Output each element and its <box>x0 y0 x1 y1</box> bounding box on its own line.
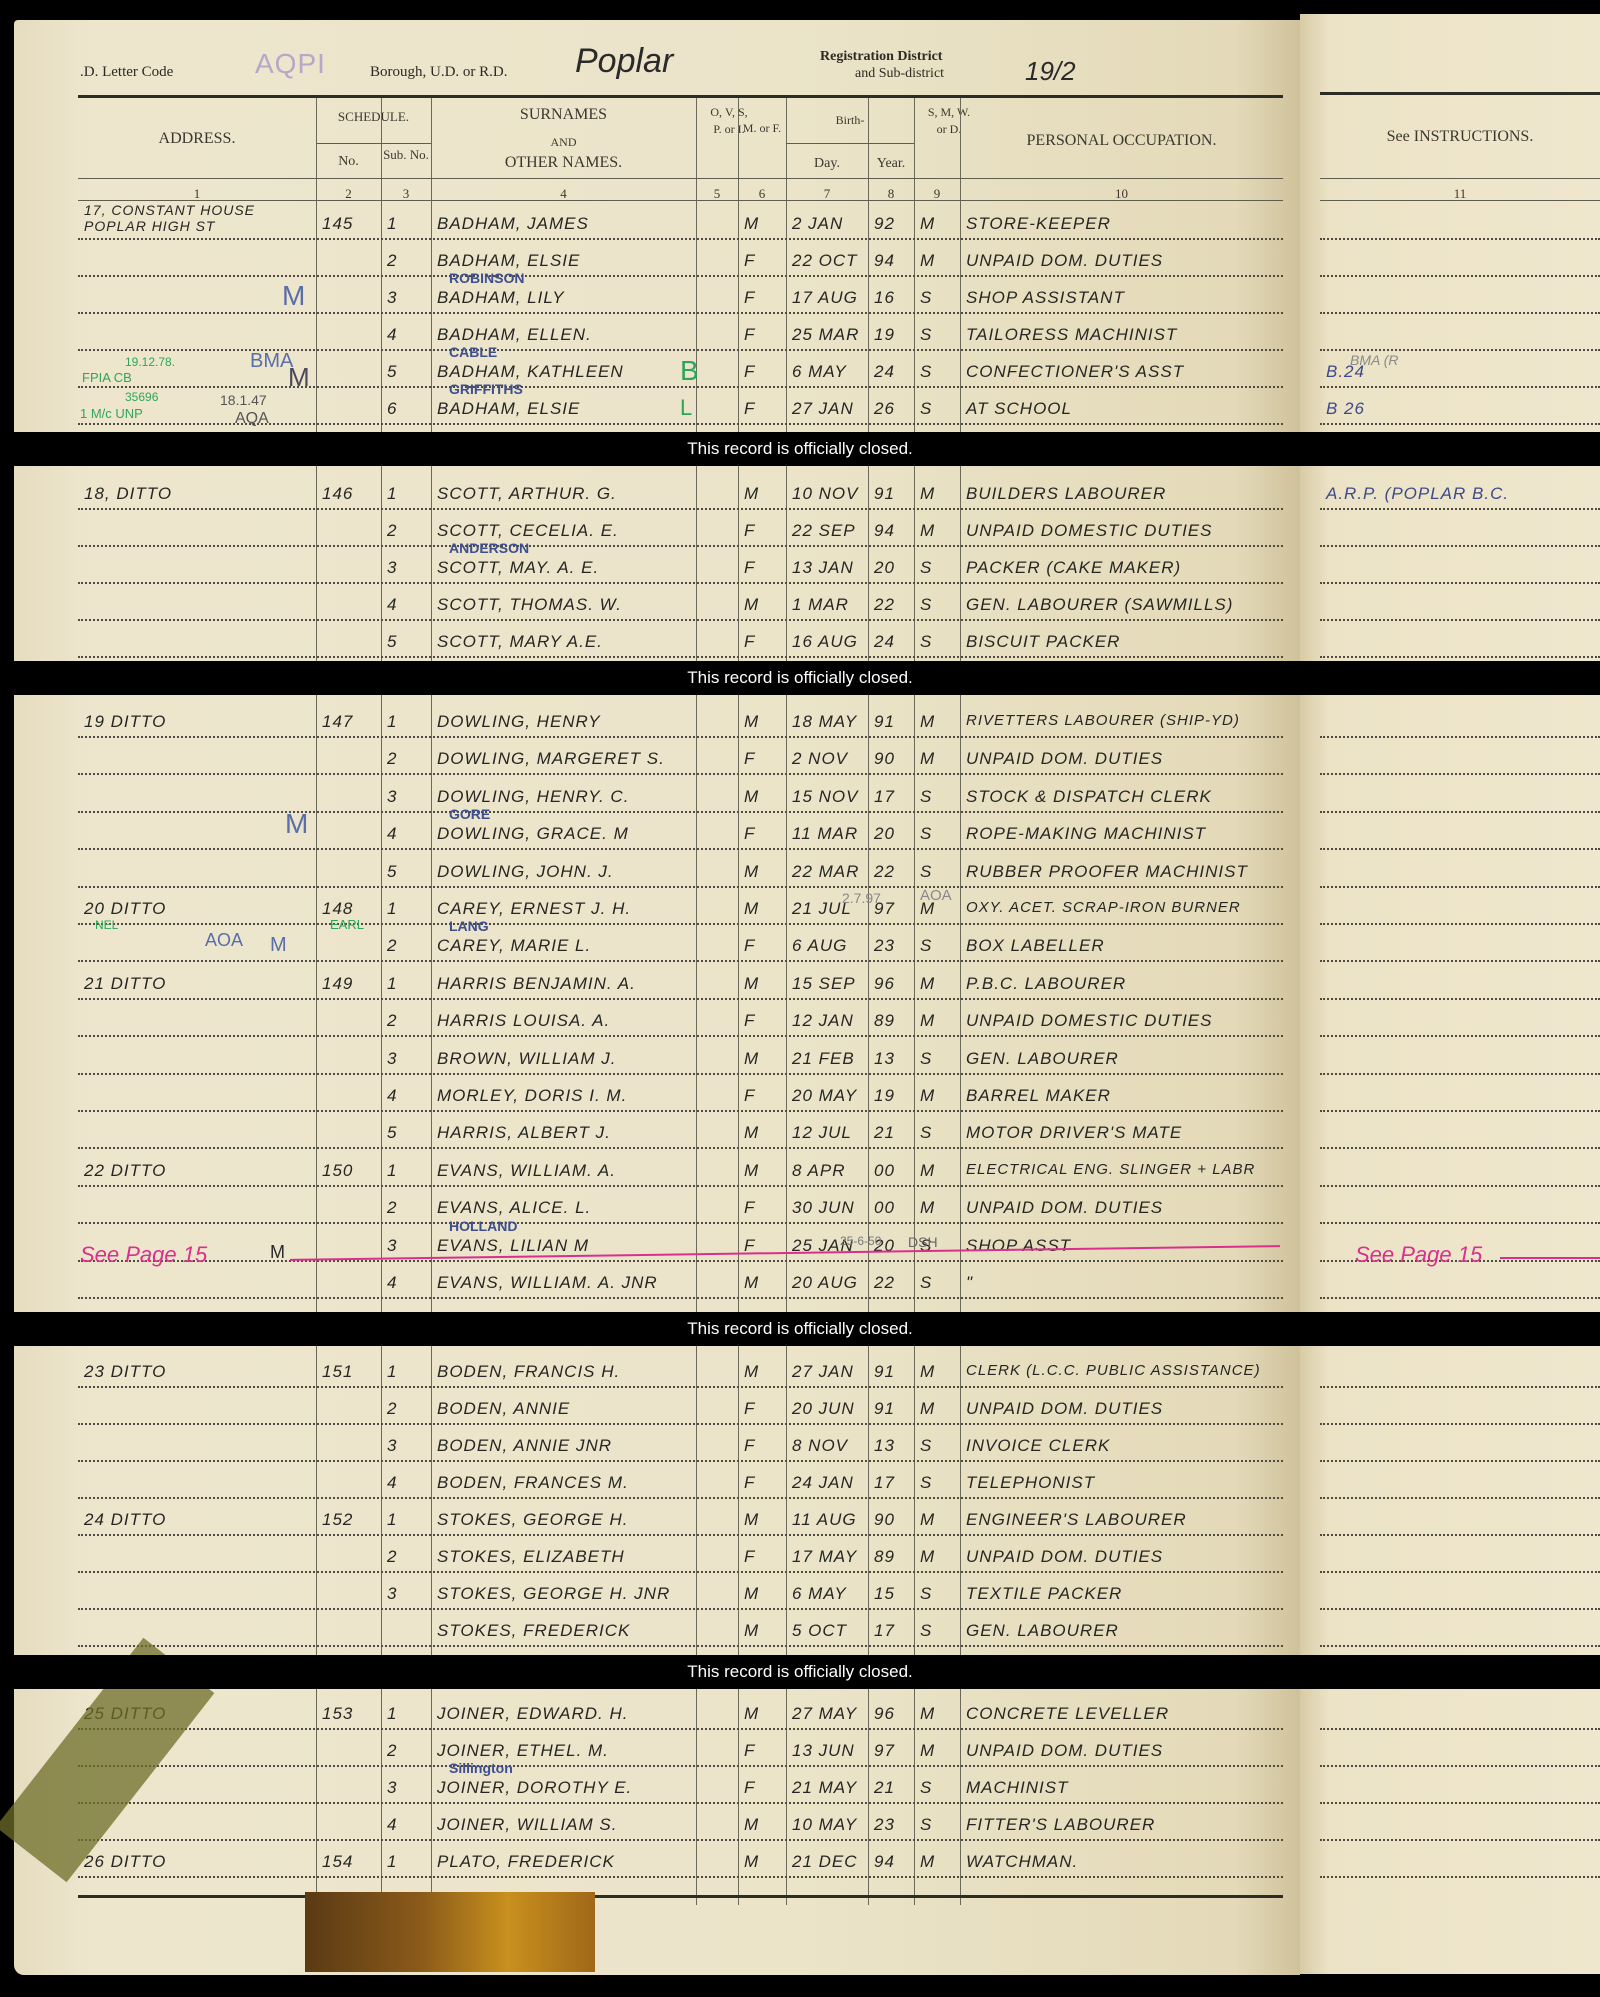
cell-year: 91 <box>874 1362 895 1382</box>
cell-year: 17 <box>874 1621 895 1641</box>
cell-sex: M <box>744 1852 759 1872</box>
cell-marital: M <box>920 1852 935 1872</box>
cell-name: EVANS, ALICE. L. <box>437 1198 591 1218</box>
cell-sub: 2 <box>387 251 397 271</box>
row-rule <box>78 848 1283 850</box>
cell-sex: F <box>744 362 755 382</box>
cell-marital: S <box>920 1436 932 1456</box>
letter-code-stamp: AQPI <box>255 48 326 80</box>
row-rule <box>1320 1386 1600 1388</box>
col-sub-no-heading: Sub. No. <box>381 146 431 163</box>
cell-year: 89 <box>874 1547 895 1567</box>
cell-marital: M <box>920 974 935 994</box>
cell-year: 22 <box>874 862 895 882</box>
row-rule <box>78 1802 1283 1804</box>
row-rule <box>1320 1297 1600 1299</box>
cell-year: 24 <box>874 632 895 652</box>
row-rule <box>78 1260 1283 1262</box>
closed-record-banner: This record is officially closed. <box>0 661 1600 695</box>
row-rule <box>1320 1423 1600 1425</box>
cell-sub: 3 <box>387 1778 397 1798</box>
col-birth-year-heading: Year. <box>868 155 914 172</box>
cell-occupation: ROPE-MAKING MACHINIST <box>966 824 1206 844</box>
cell-sub: 2 <box>387 1399 397 1419</box>
cell-year: 89 <box>874 1011 895 1031</box>
cell-schedule: 150 <box>322 1161 353 1181</box>
cell-schedule: 149 <box>322 974 353 994</box>
heading-divider <box>786 143 914 144</box>
row-rule <box>1320 508 1600 510</box>
row-rule <box>1320 619 1600 621</box>
cell-sex: F <box>744 1198 755 1218</box>
nel-annotation: NEL <box>95 918 118 932</box>
row-rule <box>78 1571 1283 1573</box>
cell-day: 21 DEC <box>792 1852 858 1872</box>
cell-sub: 1 <box>387 484 397 504</box>
cell-sub: 1 <box>387 974 397 994</box>
cell-occupation: ELECTRICAL ENG. SLINGER + LABR <box>966 1161 1255 1178</box>
cell-sub: 4 <box>387 325 397 345</box>
row-rule <box>1320 811 1600 813</box>
cell-sub: 5 <box>387 632 397 652</box>
cell-address: 21 DITTO <box>84 974 166 994</box>
cell-address: 24 DITTO <box>84 1510 166 1530</box>
l-mark: L <box>680 395 692 421</box>
cell-sub: 1 <box>387 712 397 732</box>
row-rule <box>78 886 1283 888</box>
cell-marital: M <box>920 1161 935 1181</box>
cell-year: 17 <box>874 787 895 807</box>
cell-sub: 3 <box>387 1584 397 1604</box>
cell-schedule: 146 <box>322 484 353 504</box>
cell-year: 13 <box>874 1436 895 1456</box>
cell-marital: M <box>920 484 935 504</box>
cell-day: 27 JAN <box>792 399 854 419</box>
cell-occupation: UNPAID DOM. DUTIES <box>966 749 1163 769</box>
cell-occupation: RUBBER PROOFER MACHINIST <box>966 862 1248 882</box>
cell-marital: M <box>920 1086 935 1106</box>
row-rule <box>1320 1765 1600 1767</box>
cell-sex: F <box>744 558 755 578</box>
row-rule <box>1320 1802 1600 1804</box>
heading-divider <box>1320 200 1600 201</box>
cell-sub: 6 <box>387 399 397 419</box>
cell-sex: M <box>744 1510 759 1530</box>
cell-day: 30 JUN <box>792 1198 855 1218</box>
closed-record-banner: This record is officially closed. <box>0 1312 1600 1346</box>
column-divider <box>868 98 869 1905</box>
cell-year: 24 <box>874 362 895 382</box>
cell-sub: 1 <box>387 214 397 234</box>
cell-day: 6 MAY <box>792 362 847 382</box>
cell-occupation: BARREL MAKER <box>966 1086 1111 1106</box>
column-divider <box>914 98 915 1905</box>
row-rule <box>1320 1534 1600 1536</box>
cell-day: 27 MAY <box>792 1704 857 1724</box>
cell-name: DOWLING, HENRY <box>437 712 601 732</box>
magenta-strike-line <box>1500 1257 1600 1259</box>
col-and-heading: AND <box>431 134 696 151</box>
row-rule <box>78 1110 1283 1112</box>
row-rule <box>78 545 1283 547</box>
row-rule <box>78 1423 1283 1425</box>
row-rule <box>78 1386 1283 1388</box>
column-divider <box>316 98 317 1905</box>
see-page-note: See Page 15 <box>1355 1242 1482 1268</box>
cell-sex: F <box>744 1778 755 1798</box>
cell-name: JOINER, WILLIAM S. <box>437 1815 617 1835</box>
cell-marital: S <box>920 399 932 419</box>
header-rule-right <box>1320 92 1600 95</box>
cell-marital: M <box>920 251 935 271</box>
cell-day: 27 JAN <box>792 1362 854 1382</box>
cell-marital: M <box>920 749 935 769</box>
col-birth-day-heading: Day. <box>786 155 868 172</box>
row-rule <box>1320 1571 1600 1573</box>
cell-sub: 4 <box>387 1273 397 1293</box>
cell-marital: S <box>920 558 932 578</box>
cell-occupation: SHOP ASSISTANT <box>966 288 1125 308</box>
column-divider <box>960 98 961 1905</box>
cell-name: DOWLING, JOHN. J. <box>437 862 614 882</box>
cell-name: DOWLING, HENRY. C. <box>437 787 629 807</box>
row-rule <box>1320 545 1600 547</box>
cell-sub: 2 <box>387 1741 397 1761</box>
cell-sex: M <box>744 1815 759 1835</box>
cell-marital: M <box>920 1741 935 1761</box>
cell-occupation: P.B.C. LABOURER <box>966 974 1126 994</box>
row-rule <box>78 773 1283 775</box>
cell-sub: 1 <box>387 899 397 919</box>
row-rule <box>78 656 1283 658</box>
cell-schedule: 148 <box>322 899 353 919</box>
cell-sex: M <box>744 1123 759 1143</box>
cell-sub: 3 <box>387 1236 397 1256</box>
surname-correction: Sillington <box>449 1760 513 1776</box>
cell-sub: 3 <box>387 1049 397 1069</box>
cell-marital: M <box>920 712 935 732</box>
row-rule <box>1320 1728 1600 1730</box>
cell-day: 8 NOV <box>792 1436 848 1456</box>
cell-marital: S <box>920 325 932 345</box>
cell-marital: S <box>920 824 932 844</box>
cell-day: 17 AUG <box>792 288 858 308</box>
cell-marital: M <box>920 214 935 234</box>
cell-year: 16 <box>874 288 895 308</box>
cell-address: 23 DITTO <box>84 1362 166 1382</box>
cell-year: 94 <box>874 251 895 271</box>
cell-occupation: CONFECTIONER'S ASST <box>966 362 1184 382</box>
cell-sub: 2 <box>387 521 397 541</box>
cell-sub: 1 <box>387 1510 397 1530</box>
cell-sub: 1 <box>387 1704 397 1724</box>
cell-day: 6 AUG <box>792 936 847 956</box>
cell-year: 94 <box>874 521 895 541</box>
aqa-annotation: AQA <box>235 410 269 428</box>
cell-day: 20 AUG <box>792 1273 858 1293</box>
cell-marital: M <box>920 1510 935 1530</box>
cell-day: 6 MAY <box>792 1584 847 1604</box>
green-annotation: 19.12.78. <box>125 355 175 369</box>
heading-divider <box>316 143 431 144</box>
cell-day: 25 MAR <box>792 325 859 345</box>
cell-occupation: UNPAID DOMESTIC DUTIES <box>966 521 1212 541</box>
row-rule <box>78 1608 1283 1610</box>
cell-sex: F <box>744 1011 755 1031</box>
closed-record-banner: This record is officially closed. <box>0 1655 1600 1689</box>
row-rule <box>78 1728 1283 1730</box>
cell-sub: 4 <box>387 595 397 615</box>
cell-notes: A.R.P. (POPLAR B.C. <box>1326 484 1509 504</box>
cell-year: 96 <box>874 1704 895 1724</box>
column-divider <box>786 98 787 1905</box>
cell-name: BADHAM, ELSIE <box>437 399 580 419</box>
cell-name: STOKES, FREDERICK <box>437 1621 630 1641</box>
cell-day: 2 JAN <box>792 214 843 234</box>
cell-sub: 1 <box>387 1852 397 1872</box>
cell-day: 22 MAR <box>792 862 859 882</box>
aoa-annotation: AOA <box>205 930 243 951</box>
row-rule <box>1320 275 1600 277</box>
cell-sub: 5 <box>387 862 397 882</box>
cell-address: 18, DITTO <box>84 484 172 504</box>
col-occupation-heading: PERSONAL OCCUPATION. <box>960 132 1283 149</box>
cell-occupation: UNPAID DOM. DUTIES <box>966 1198 1163 1218</box>
cell-sex: M <box>744 1621 759 1641</box>
row-rule <box>78 1839 1283 1841</box>
cell-marital: S <box>920 362 932 382</box>
cell-sub: 3 <box>387 288 397 308</box>
m-mark: M <box>270 1242 285 1263</box>
cell-day: 15 NOV <box>792 787 858 807</box>
row-rule <box>1320 1035 1600 1037</box>
cell-year: 91 <box>874 484 895 504</box>
cell-day: 12 JUL <box>792 1123 852 1143</box>
cell-occupation: UNPAID DOM. DUTIES <box>966 1547 1163 1567</box>
cell-sub: 3 <box>387 558 397 578</box>
surname-correction: GRIFFITHS <box>449 381 523 397</box>
cell-sex: F <box>744 399 755 419</box>
cell-marital: S <box>920 595 932 615</box>
cell-day: 13 JAN <box>792 558 854 578</box>
row-rule <box>1320 238 1600 240</box>
cell-day: 21 FEB <box>792 1049 855 1069</box>
cell-sex: F <box>744 1399 755 1419</box>
cell-marital: S <box>920 1584 932 1604</box>
cell-name: BODEN, ANNIE <box>437 1399 570 1419</box>
col-surnames-heading: SURNAMES <box>431 106 696 123</box>
cell-name: BADHAM, KATHLEEN <box>437 362 624 382</box>
cell-name: BADHAM, JAMES <box>437 214 589 234</box>
cell-schedule: 151 <box>322 1362 353 1382</box>
cell-occupation: " <box>966 1273 973 1293</box>
green-annotation: 1 M/c UNP <box>80 406 143 421</box>
cell-marital: M <box>920 1399 935 1419</box>
row-rule <box>1320 998 1600 1000</box>
cell-sex: M <box>744 595 759 615</box>
green-annotation: 35696 <box>125 390 158 404</box>
row-rule <box>78 312 1283 314</box>
cell-year: 91 <box>874 1399 895 1419</box>
cell-year: 22 <box>874 1273 895 1293</box>
column-divider <box>431 98 432 1905</box>
cell-name: JOINER, EDWARD. H. <box>437 1704 628 1724</box>
cell-occupation: FITTER'S LABOURER <box>966 1815 1155 1835</box>
cell-occupation: RIVETTERS LABOURER (SHIP-YD) <box>966 712 1240 729</box>
cell-occupation: OXY. ACET. SCRAP-IRON BURNER <box>966 899 1241 916</box>
cell-day: 2 NOV <box>792 749 848 769</box>
cell-sex: F <box>744 749 755 769</box>
cell-occupation: CLERK (L.C.C. PUBLIC ASSISTANCE) <box>966 1362 1261 1379</box>
cell-occupation: TELEPHONIST <box>966 1473 1095 1493</box>
row-rule <box>78 1497 1283 1499</box>
row-rule <box>1320 1185 1600 1187</box>
m-mark: M <box>285 808 308 840</box>
cell-name: BODEN, FRANCIS H. <box>437 1362 620 1382</box>
bma-annotation: BMA <box>250 350 293 373</box>
cell-year: 13 <box>874 1049 895 1069</box>
row-rule <box>78 923 1283 925</box>
cell-sub: 1 <box>387 1362 397 1382</box>
cell-name: BODEN, FRANCES M. <box>437 1473 629 1493</box>
row-rule <box>1320 1073 1600 1075</box>
row-rule <box>1320 1839 1600 1841</box>
cell-year: 21 <box>874 1123 895 1143</box>
row-rule <box>1320 1110 1600 1112</box>
cell-name: CAREY, ERNEST J. H. <box>437 899 631 919</box>
row-rule <box>78 811 1283 813</box>
cell-occupation: PACKER (CAKE MAKER) <box>966 558 1181 578</box>
m-mark: M <box>288 362 310 393</box>
instructions-note: BMA (R <box>1350 352 1398 368</box>
cell-day: 8 APR <box>792 1161 846 1181</box>
row-rule <box>1320 886 1600 888</box>
cell-occupation: MOTOR DRIVER'S MATE <box>966 1123 1182 1143</box>
cell-day: 22 SEP <box>792 521 856 541</box>
cell-sex: F <box>744 325 755 345</box>
cell-day: 21 MAY <box>792 1778 857 1798</box>
row-rule <box>1320 349 1600 351</box>
cell-day: 12 JAN <box>792 1011 854 1031</box>
cell-occupation: BUILDERS LABOURER <box>966 484 1166 504</box>
cell-day: 1 MAR <box>792 595 849 615</box>
borough-label: Borough, U.D. or R.D. <box>370 64 508 81</box>
cell-occupation: SHOP ASST <box>966 1236 1071 1256</box>
cell-year: 90 <box>874 749 895 769</box>
cell-name: SCOTT, MARY A.E. <box>437 632 603 652</box>
cell-sex: F <box>744 1086 755 1106</box>
cell-sex: F <box>744 824 755 844</box>
cell-occupation: UNPAID DOM. DUTIES <box>966 251 1163 271</box>
cell-year: 17 <box>874 1473 895 1493</box>
surname-correction: ROBINSON <box>449 270 524 286</box>
row-rule <box>1320 312 1600 314</box>
cell-occupation: BOX LABELLER <box>966 936 1105 956</box>
cell-occupation: BISCUIT PACKER <box>966 632 1120 652</box>
cell-sex: M <box>744 214 759 234</box>
tape-patch <box>305 1892 595 1972</box>
cell-day: 18 MAY <box>792 712 857 732</box>
cell-schedule: 153 <box>322 1704 353 1724</box>
cell-day: 11 AUG <box>792 1510 857 1530</box>
cell-sub: 2 <box>387 1011 397 1031</box>
col-address-heading: ADDRESS. <box>78 130 316 147</box>
district-label-2: and Sub-district <box>855 66 944 82</box>
cell-sex: F <box>744 1547 755 1567</box>
cell-sex: M <box>744 974 759 994</box>
col-sex-heading: M. or F. <box>738 120 786 137</box>
cell-occupation: STOCK & DISPATCH CLERK <box>966 787 1212 807</box>
cell-sex: F <box>744 936 755 956</box>
row-rule <box>78 1073 1283 1075</box>
cell-name: DOWLING, MARGERET S. <box>437 749 665 769</box>
cell-day: 10 MAY <box>792 1815 857 1835</box>
row-rule <box>1320 1147 1600 1149</box>
surname-correction: ANDERSON <box>449 540 529 556</box>
column-divider <box>738 98 739 1905</box>
cell-marital: S <box>920 1273 932 1293</box>
cell-year: 22 <box>874 595 895 615</box>
row-rule <box>1320 1645 1600 1647</box>
cell-day: 10 NOV <box>792 484 858 504</box>
row-rule <box>78 1185 1283 1187</box>
cell-year: 19 <box>874 325 895 345</box>
cell-marital: S <box>920 936 932 956</box>
row-rule <box>1320 960 1600 962</box>
surname-correction: GORE <box>449 806 490 822</box>
cell-address: 20 DITTO <box>84 899 166 919</box>
cell-occupation: UNPAID DOMESTIC DUTIES <box>966 1011 1212 1031</box>
district-label-1: Registration District <box>820 49 942 65</box>
row-rule <box>78 960 1283 962</box>
cell-sub: 4 <box>387 1086 397 1106</box>
col-schedule-no-heading: No. <box>316 153 381 170</box>
cell-sub: 4 <box>387 1815 397 1835</box>
col-schedule-heading: SCHEDULE. <box>316 108 431 125</box>
cell-schedule: 152 <box>322 1510 353 1530</box>
cell-occupation: TEXTILE PACKER <box>966 1584 1122 1604</box>
letter-code-label: .D. Letter Code <box>80 64 173 81</box>
cell-day: 20 MAY <box>792 1086 857 1106</box>
cell-occupation: MACHINIST <box>966 1778 1069 1798</box>
cell-day: 15 SEP <box>792 974 856 994</box>
cell-marital: S <box>920 1815 932 1835</box>
cell-notes: B 26 <box>1326 399 1365 419</box>
heading-divider <box>78 200 1283 201</box>
cell-sex: M <box>744 862 759 882</box>
cell-name: DOWLING, GRACE. M <box>437 824 629 844</box>
cell-sex: F <box>744 1473 755 1493</box>
cell-schedule: 145 <box>322 214 353 234</box>
cell-name: SCOTT, ARTHUR. G. <box>437 484 617 504</box>
cell-occupation: STORE-KEEPER <box>966 214 1111 234</box>
cell-sex: M <box>744 899 759 919</box>
cell-year: 94 <box>874 1852 895 1872</box>
row-rule <box>78 1876 1283 1878</box>
cell-year: 20 <box>874 558 895 578</box>
cell-address: 22 DITTO <box>84 1161 166 1181</box>
green-annotation: FPIA CB <box>82 370 132 385</box>
cell-address: 26 DITTO <box>84 1852 166 1872</box>
cell-name: STOKES, GEORGE H. JNR <box>437 1584 670 1604</box>
row-rule <box>78 1147 1283 1149</box>
row-rule <box>1320 1497 1600 1499</box>
cell-sub: 5 <box>387 362 397 382</box>
cell-year: 00 <box>874 1198 895 1218</box>
cell-marital: M <box>920 1198 935 1218</box>
row-rule <box>78 1297 1283 1299</box>
cell-marital: M <box>920 1362 935 1382</box>
